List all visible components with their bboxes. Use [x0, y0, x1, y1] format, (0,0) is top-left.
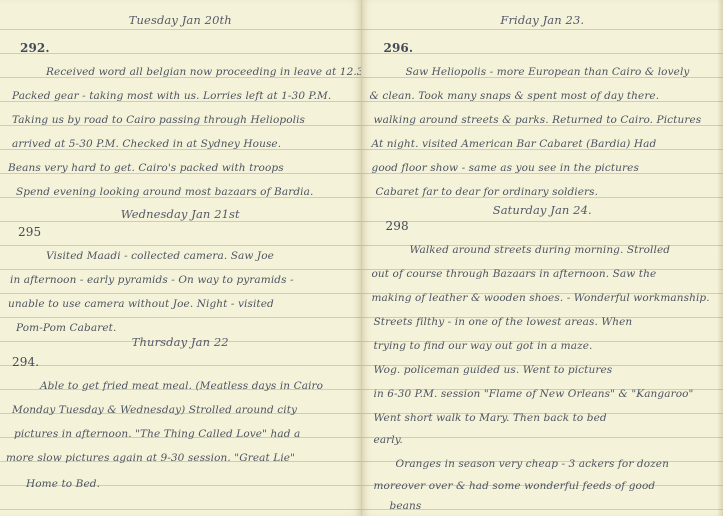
entry-number: 296.: [362, 38, 723, 62]
entry-line: Received word all belgian now proceeding…: [0, 62, 361, 86]
entry-line: beans: [362, 496, 723, 516]
entry-line: arrived at 5-30 P.M. Checked in at Sydne…: [0, 134, 361, 158]
entry-line: in afternoon - early pyramids - On way t…: [0, 270, 361, 294]
entry-line: Spend evening looking around most bazaar…: [0, 182, 361, 206]
entry-line: Wog. policeman guided us. Went to pictur…: [362, 360, 723, 384]
diary-spread: Tuesday Jan 20th 292. Received word all …: [0, 0, 723, 516]
entry-line: unable to use camera without Joe. Night …: [0, 294, 361, 318]
entry-line: & clean. Took many snaps & spent most of…: [362, 86, 723, 110]
entry-line: walking around streets & parks. Returned…: [362, 110, 723, 134]
left-page: Tuesday Jan 20th 292. Received word all …: [0, 0, 361, 516]
entry-line: Streets filthy - in one of the lowest ar…: [362, 312, 723, 336]
entry-number: 295: [0, 222, 361, 246]
entry-line: Able to get fried meat meal. (Meatless d…: [0, 376, 361, 400]
entry-number: 292.: [0, 38, 361, 62]
entry-line: Went short walk to Mary. Then back to be…: [362, 408, 723, 432]
date-heading: Friday Jan 23.: [362, 10, 723, 34]
entry-number: 294.: [0, 352, 361, 376]
entry-line: Oranges in season very cheap - 3 ackers …: [362, 454, 723, 478]
entry-number: 298: [362, 216, 723, 240]
entry-line: Monday Tuesday & Wednesday) Strolled aro…: [0, 400, 361, 424]
entry-line: Packed gear - taking most with us. Lorri…: [0, 86, 361, 110]
entry-line: Beans very hard to get. Cairo's packed w…: [0, 158, 361, 182]
right-page: Friday Jan 23. 296. Saw Heliopolis - mor…: [361, 0, 723, 516]
entry-line: good floor show - same as you see in the…: [362, 158, 723, 182]
entry-line: At night. visited American Bar Cabaret (…: [362, 134, 723, 158]
entry-line: out of course through Bazaars in afterno…: [362, 264, 723, 288]
entry-line: Walked around streets during morning. St…: [362, 240, 723, 264]
entry-line: in 6-30 P.M. session "Flame of New Orlea…: [362, 384, 723, 408]
entry-line: Taking us by road to Cairo passing throu…: [0, 110, 361, 134]
entry-line: trying to find our way out got in a maze…: [362, 336, 723, 360]
entry-line: Home to Bed.: [0, 474, 361, 498]
entry-line: Visited Maadi - collected camera. Saw Jo…: [0, 246, 361, 270]
date-heading: Tuesday Jan 20th: [0, 10, 361, 34]
entry-line: making of leather & wooden shoes. - Wond…: [362, 288, 723, 312]
entry-line: more slow pictures again at 9-30 session…: [0, 448, 361, 472]
entry-line: Saw Heliopolis - more European than Cair…: [362, 62, 723, 86]
entry-line: pictures in afternoon. "The Thing Called…: [0, 424, 361, 448]
entry-line: early.: [362, 430, 723, 454]
